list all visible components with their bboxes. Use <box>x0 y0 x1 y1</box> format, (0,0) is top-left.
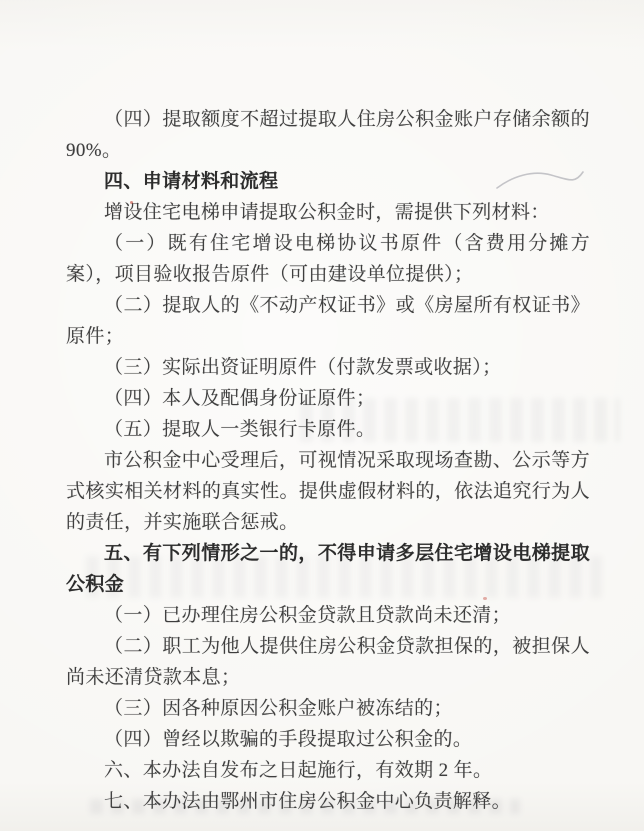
paragraph-2: 四、申请材料和流程 <box>66 166 590 197</box>
paragraph-15: 六、本办法自发布之日起施行，有效期 2 年。 <box>66 755 590 786</box>
paragraph-11: （一）已办理住房公积金贷款且贷款尚未还清； <box>66 600 590 631</box>
paragraph-4: （一）既有住宅增设电梯协议书原件（含费用分摊方案），项目验收报告原件（可由建设单… <box>66 228 590 290</box>
paragraph-5: （二）提取人的《不动产权证书》或《房屋所有权证书》原件； <box>66 290 590 352</box>
ink-speck <box>483 597 487 600</box>
document-body: （四）提取额度不超过提取人住房公积金账户存储余额的90%。四、申请材料和流程增设… <box>66 104 590 817</box>
paragraph-3: 增设住宅电梯申请提取公积金时，需提供下列材料： <box>66 197 590 228</box>
ink-speck <box>130 201 133 204</box>
paragraph-13: （三）因各种原因公积金账户被冻结的； <box>66 693 590 724</box>
paragraph-8: （五）提取人一类银行卡原件。 <box>66 414 590 445</box>
paragraph-14: （四）曾经以欺骗的手段提取过公积金的。 <box>66 724 590 755</box>
paragraph-16: 七、本办法由鄂州市住房公积金中心负责解释。 <box>66 786 590 817</box>
paragraph-6: （三）实际出资证明原件（付款发票或收据）； <box>66 352 590 383</box>
paragraph-9: 市公积金中心受理后，可视情况采取现场查勘、公示等方式核实相关材料的真实性。提供虚… <box>66 445 590 538</box>
paragraph-10: 五、有下列情形之一的，不得申请多层住宅增设电梯提取公积金 <box>66 538 590 600</box>
paragraph-1: （四）提取额度不超过提取人住房公积金账户存储余额的90%。 <box>66 104 590 166</box>
document-page: （四）提取额度不超过提取人住房公积金账户存储余额的90%。四、申请材料和流程增设… <box>0 0 644 831</box>
paragraph-7: （四）本人及配偶身份证原件； <box>66 383 590 414</box>
paragraph-12: （二）职工为他人提供住房公积金贷款担保的，被担保人尚未还清贷款本息； <box>66 631 590 693</box>
